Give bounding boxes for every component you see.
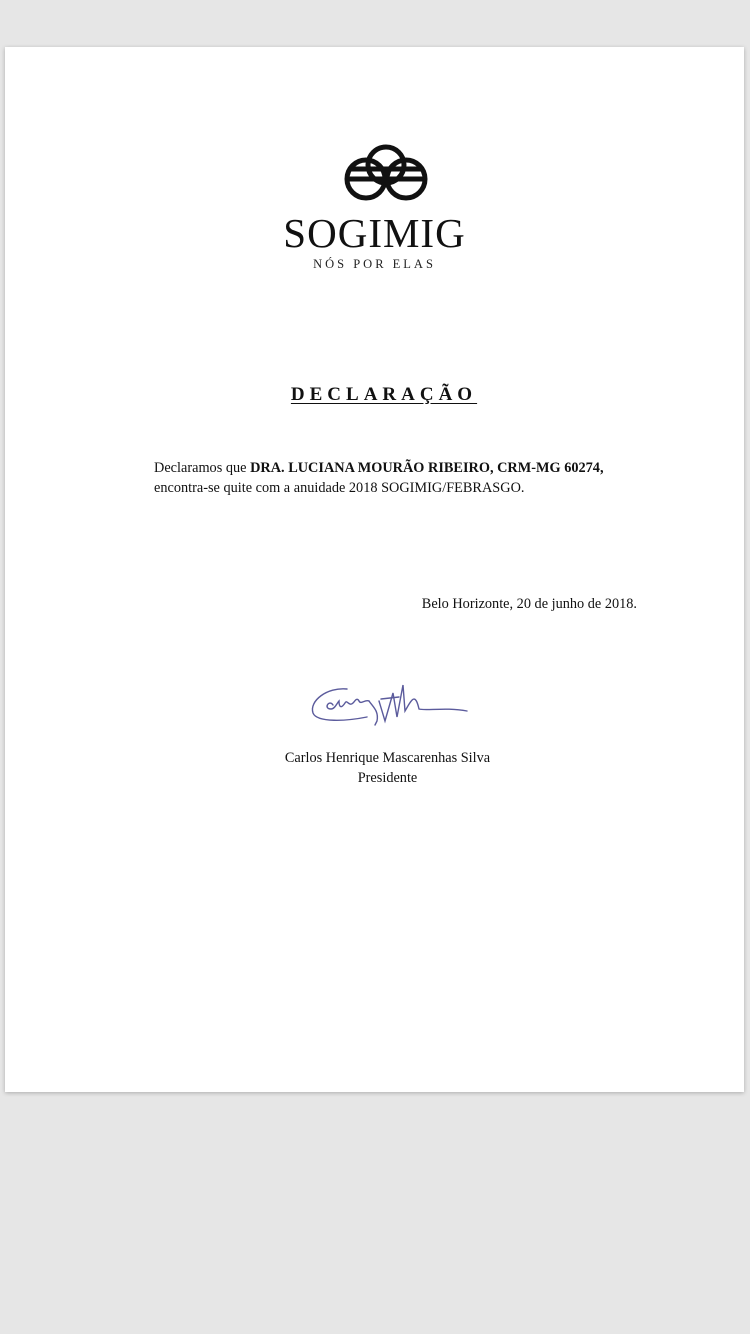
doctor-name: DRA. LUCIANA MOURÃO RIBEIRO, CRM-MG 6027… — [250, 460, 603, 476]
brand-tagline: NÓS POR ELAS — [5, 257, 744, 272]
signer-block: Carlos Henrique Mascarenhas Silva Presid… — [280, 748, 495, 788]
date-line: Belo Horizonte, 20 de junho de 2018. — [422, 596, 637, 613]
brand-name: SOGIMIG — [5, 210, 744, 256]
document-page: SOGIMIG NÓS POR ELAS DECLARAÇÃO Declaram… — [5, 47, 744, 1092]
body-line-2: encontra-se quite com a anuidade 2018 SO… — [154, 480, 524, 496]
document-title: DECLARAÇÃO — [5, 384, 750, 406]
handwritten-signature-icon — [307, 681, 477, 736]
body-intro: Declaramos que — [154, 460, 250, 476]
three-interlocking-globes-icon — [341, 143, 431, 205]
signer-name: Carlos Henrique Mascarenhas Silva — [280, 748, 495, 768]
signer-role: Presidente — [280, 768, 495, 788]
declaration-body: Declaramos que DRA. LUCIANA MOURÃO RIBEI… — [154, 458, 604, 498]
